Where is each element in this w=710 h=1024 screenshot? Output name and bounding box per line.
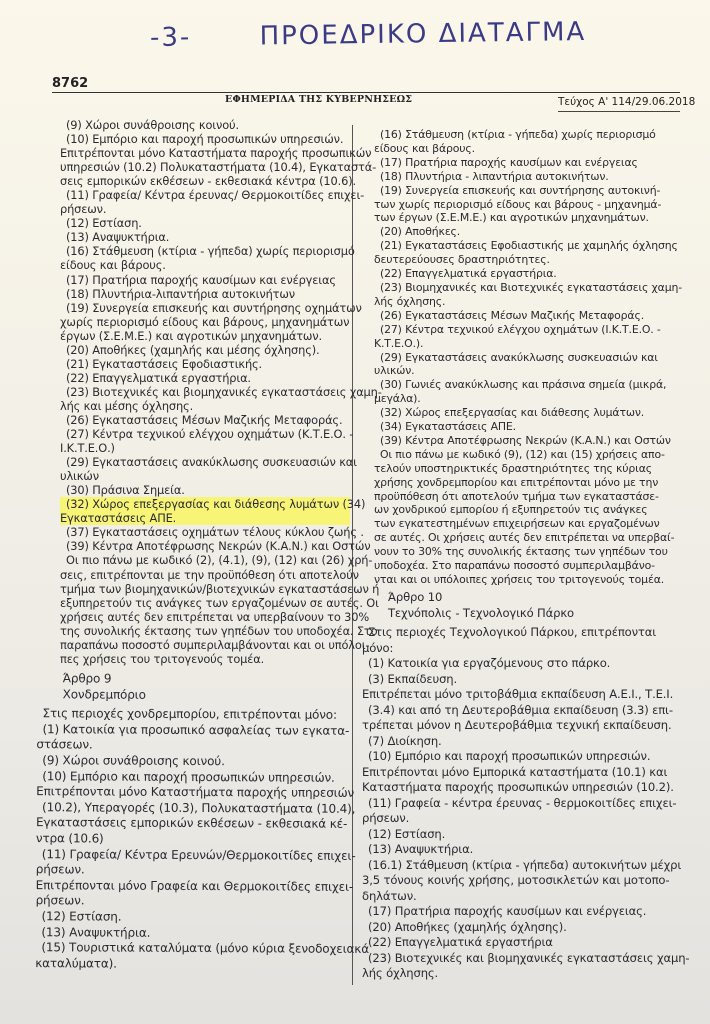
text-line: (11) Γραφεία/ Κέντρα Ερευνών/Θερμοκοιτίδ… [36, 847, 352, 864]
article-9-body: Στις περιοχές χονδρεμπορίου, επιτρέποντα… [35, 706, 352, 973]
text-line: έργων (Σ.Ε.Μ.Ε.) και αγροτικών μηχανημάτ… [60, 329, 350, 343]
text-line: υπηρεσιών (10.2) Πολυκαταστήματα (10.4),… [60, 160, 350, 174]
text-line: Οι πιο πάνω με κωδικό (2), (4.1), (9), (… [60, 553, 350, 567]
text-line: (30) Γωνιές ανακύκλωσης και πράσινα σημε… [374, 378, 684, 392]
text-line: (1) Κατοικία για προσωπικό ασφαλείας των… [36, 722, 352, 739]
text-line: υποδοχέα. Στο παραπάνω ποσοστό συμπεριλα… [374, 559, 684, 573]
text-line: Εγκαταστάσεις εμπορικών εκθέσεων - εκθεσ… [36, 816, 352, 833]
text-line: των εγκατεστημένων επιχειρήσεων και εργα… [374, 517, 684, 531]
text-line: μόνο: [362, 641, 692, 657]
text-line: σεις εμπορικών εκθέσεων - εκθεσιακά κέντ… [60, 174, 350, 188]
article-9-section: Άρθρο 9 Χονδρεμπόριο Στις περιοχές χονδρ… [35, 671, 353, 973]
text-line: Κ.Τ.Ε.Ο.). [374, 337, 684, 351]
text-line: Επιτρέπονται μόνο Εμπορικά καταστήματα (… [362, 765, 692, 781]
text-line: Ι.Κ.Τ.Ε.Ο.) [60, 441, 350, 455]
article-10-section: Άρθρο 10 Τεχνόπολις - Τεχνολογικό Πάρκο … [362, 590, 692, 982]
text-line: (20) Αποθήκες. [374, 225, 684, 239]
text-line: (13) Αναψυκτήρια. [362, 842, 692, 858]
text-line: λής όχλησης. [362, 966, 692, 982]
text-line: νουν το 30% της συνολικής έκτασης των γη… [374, 545, 684, 559]
left-after-highlight: (37) Εγκαταστάσεις οχημάτων τέλους κύκλο… [60, 525, 350, 665]
text-line: (17) Πρατήρια παροχής καυσίμων και ενέργ… [60, 273, 350, 287]
text-line: (3.4) και από τη Δευτεροβάθμια εκπαίδευσ… [362, 703, 692, 719]
text-line: (15) Τουριστικά καταλύματα (μόνο κύρια ξ… [35, 940, 351, 957]
text-line: ων χονδρικού εμπορίου ή εξυπηρετούν τις … [374, 503, 684, 517]
text-line: Επιτρέπονται μόνο Καταστήματα παροχής υπ… [36, 784, 352, 801]
text-line: (11) Γραφεία - κέντρα έρευνας - θερμοκοι… [362, 796, 692, 812]
text-line: (29) Εγκαταστάσεις ανακύκλωσης συσκευασι… [60, 455, 350, 469]
text-line: 3,5 τόνους κοινής χρήσης, μοτοσικλετών κ… [362, 873, 692, 889]
text-line: νται και οι υπόλοιπες χρήσεις του τριτογ… [374, 573, 684, 587]
text-line: Στις περιοχές χονδρεμπορίου, επιτρέποντα… [37, 706, 353, 723]
text-line: των χωρίς περιορισμό είδους και βάρους -… [374, 198, 684, 212]
page-number: 8762 [52, 76, 88, 91]
issue-underline [558, 111, 680, 112]
text-line: Καταστήματα παροχής προσωπικών υπηρεσιών… [362, 780, 692, 796]
text-line: ρήσεων. [36, 893, 352, 910]
text-line: (27) Κέντρα τεχνικού ελέγχου οχημάτων (Κ… [60, 427, 350, 441]
handwritten-page-number: -3- [150, 22, 192, 53]
gazette-title: ΕΦΗΜΕΡΙΔΑ ΤΗΣ ΚΥΒΕΡΝΗΣΕΩΣ [225, 94, 412, 105]
text-line: δευτερεύουσες δραστηριότητες. [374, 253, 684, 267]
text-line: (26) Εγκαταστάσεις Μέσων Μαζικής Μεταφορ… [60, 413, 350, 427]
text-line: προϋπόθεση ότι αποτελούν τμήμα των εγκατ… [374, 490, 684, 504]
text-line: παραπάνω ποσοστό συμπεριλαμβάνονται και … [60, 638, 350, 652]
text-line: Στις περιοχές Τεχνολογικού Πάρκου, επιτρ… [362, 625, 692, 641]
text-line: (3) Εκπαίδευση. [362, 672, 692, 688]
text-line: σεις, επιτρέπονται με την προϋπόθεση ότι… [60, 568, 350, 582]
text-line: (16) Στάθμευση (κτίρια - γήπεδα) χωρίς π… [374, 128, 684, 142]
text-line: (22) Επαγγελματικά εργαστήρια. [60, 371, 350, 385]
text-line: (23) Βιοτεχνικές και βιομηχανικές εγκατα… [60, 385, 350, 399]
text-line: χωρίς περιορισμό είδους και βάρους, μηχα… [60, 315, 350, 329]
right-column-upper: (16) Στάθμευση (κτίρια - γήπεδα) χωρίς π… [374, 128, 684, 587]
text-line: ρήσεων. [362, 811, 692, 827]
text-line: λής όχλησης. [374, 295, 684, 309]
text-line: μεγάλα). [374, 392, 684, 406]
text-line: (13) Αναψυκτήρια. [60, 230, 350, 244]
article-9-title: Χονδρεμπόριο [37, 687, 353, 704]
text-line: της συνολικής έκτασης των γηπέδων του υπ… [60, 624, 350, 638]
text-line: Εγκαταστάσεις ΑΠΕ. [60, 511, 350, 525]
left-column-upper: (9) Χώροι συνάθροισης κοινού.(10) Εμπόρι… [60, 118, 350, 666]
text-line: (39) Κέντρα Αποτέφρωσης Νεκρών (Κ.Α.Ν.) … [374, 434, 684, 448]
text-line: τρέπεται μόνον η Δευτεροβάθμια τεχνική ε… [362, 718, 692, 734]
article-10-title: Τεχνόπολις - Τεχνολογικό Πάρκο [362, 606, 692, 622]
text-line: (11) Γραφεία/ Κέντρα έρευνας/ Θερμοκοιτί… [60, 188, 350, 202]
text-line: (27) Κέντρα τεχνικού ελέγχου οχημάτων (Ι… [374, 323, 684, 337]
text-line: (32) Χώρος επεξεργασίας και διάθεσης λυμ… [374, 406, 684, 420]
text-line: δηλάτων. [362, 889, 692, 905]
text-line: Επιτρέπεται μόνο τριτοβάθμια εκπαίδευση … [362, 687, 692, 703]
text-line: χρήσεις αυτές δεν επιτρέπεται να υπερβαί… [60, 610, 350, 624]
text-line: λής και μέσης όχλησης. [60, 399, 350, 413]
header-rule [52, 92, 680, 93]
text-line: ρήσεων. [36, 862, 352, 879]
text-line: (22) Επαγγελματικά εργαστήρια. [374, 267, 684, 281]
text-line: (23) Βιοτεχνικές και βιομηχανικές εγκατα… [362, 951, 692, 967]
text-line: (10) Εμπόριο και παροχή προσωπικών υπηρε… [362, 749, 692, 765]
text-line: (26) Εγκαταστάσεις Μέσων Μαζικής Μεταφορ… [374, 309, 684, 323]
text-line: (19) Συνεργεία επισκευής και συντήρησης … [374, 184, 684, 198]
text-line: (20) Αποθήκες (χαμηλής όχλησης). [362, 920, 692, 936]
text-line: (18) Πλυντήρια-λιπαντήρια αυτοκινήτων [60, 287, 350, 301]
text-line: στάσεων. [36, 738, 352, 755]
text-line: σε αυτές. Οι χρήσεις αυτές δεν επιτρέπετ… [374, 531, 684, 545]
text-line: (10.2), Υπεραγορές (10.3), Πολυκαταστήμα… [36, 800, 352, 817]
text-line: (17) Πρατήρια παροχής καυσίμων και ενέργ… [374, 156, 684, 170]
text-line: (37) Εγκαταστάσεις οχημάτων τέλους κύκλο… [60, 525, 350, 539]
text-line: (19) Συνεργεία επισκευής και συντήρησης … [60, 301, 350, 315]
highlighted-passage: (32) Χώρος επεξεργασίας και διάθεσης λυμ… [60, 497, 350, 525]
text-line: ρήσεων. [60, 202, 350, 216]
text-line: (18) Πλυντήρια - λιπαντήρια αυτοκινήτων. [374, 170, 684, 184]
text-line: είδους και βάρους. [60, 258, 350, 272]
text-line: Οι πιο πάνω με κωδικό (9), (12) και (15)… [374, 448, 684, 462]
text-line: Επιτρέπονται μόνο Καταστήματα παροχής πρ… [60, 146, 350, 160]
text-line: εξυπηρετούν τις ανάγκες των εργαζομένων … [60, 596, 350, 610]
text-line: (10) Εμπόριο και παροχή προσωπικών υπηρε… [60, 132, 350, 146]
text-line: (12) Εστίαση. [362, 827, 692, 843]
text-line: καταλύματα). [35, 956, 351, 973]
text-line: (30) Πράσινα Σημεία. [60, 483, 350, 497]
text-line: υλικών [60, 469, 350, 483]
text-line: ντρα (10.6) [36, 831, 352, 848]
text-line: (29) Εγκαταστάσεις ανακύκλωσης συσκευασι… [374, 351, 684, 365]
text-line: τμήμα των βιομηχανικών/βιοτεχνικών εγκατ… [60, 582, 350, 596]
article-9-number: Άρθρο 9 [37, 671, 353, 688]
text-line: πες χρήσεις του τριτογενούς τομέα. [60, 652, 350, 666]
issue-reference: Τεύχος Α' 114/29.06.2018 [558, 96, 695, 108]
text-line: των έργων (Σ.Ε.Μ.Ε.) και αγροτικών μηχαν… [374, 211, 684, 225]
text-line: (32) Χώρος επεξεργασίας και διάθεσης λυμ… [60, 497, 350, 511]
text-line: (39) Κέντρα Αποτέφρωσης Νεκρών (Κ.Α.Ν.) … [60, 539, 350, 553]
text-line: (16.1) Στάθμευση (κτίρια - γήπεδα) αυτοκ… [362, 858, 692, 874]
text-line: είδους και βάρους. [374, 142, 684, 156]
text-line: (9) Χώροι συνάθροισης κοινού. [60, 118, 350, 132]
text-line: (9) Χώροι συνάθροισης κοινού. [36, 753, 352, 770]
text-line: (16) Στάθμευση (κτίρια - γήπεδα) χωρίς π… [60, 244, 350, 258]
handwritten-title: ΠΡΟΕΔΡΙΚΟ ΔΙΑΤΑΓΜΑ [259, 17, 586, 52]
text-line: τελούν υποστηρικτικές δραστηριότητες της… [374, 462, 684, 476]
text-line: (13) Αναψυκτήρια. [35, 925, 351, 942]
text-line: (12) Εστίαση. [35, 909, 351, 926]
article-10-number: Άρθρο 10 [362, 590, 692, 606]
left-upper-list: (9) Χώροι συνάθροισης κοινού.(10) Εμπόρι… [60, 118, 350, 497]
text-line: υλικών. [374, 364, 684, 378]
text-line: (12) Εστίαση. [60, 216, 350, 230]
text-line: (34) Εγκαταστάσεις ΑΠΕ. [374, 420, 684, 434]
text-line: (7) Διοίκηση. [362, 734, 692, 750]
text-line: (23) Βιομηχανικές και Βιοτεχνικές εγκατα… [374, 281, 684, 295]
text-line: χρήσης χονδρεμπορίου και επιτρέπονται μό… [374, 476, 684, 490]
text-line: (20) Αποθήκες (χαμηλής και μέσης όχλησης… [60, 343, 350, 357]
text-line: (10) Εμπόριο και παροχή προσωπικών υπηρε… [36, 769, 352, 786]
text-line: Επιτρέπονται μόνο Γραφεία και Θερμοκοιτί… [36, 878, 352, 895]
article-10-body: Στις περιοχές Τεχνολογικού Πάρκου, επιτρ… [362, 625, 692, 982]
text-line: (17) Πρατήρια παροχής καυσίμων και ενέργ… [362, 904, 692, 920]
text-line: (21) Εγκαταστάσεις Εφοδιαστικής. [60, 357, 350, 371]
text-line: (1) Κατοικία για εργαζόμενους στο πάρκο. [362, 656, 692, 672]
handwritten-annotation: -3- ΠΡΟΕΔΡΙΚΟ ΔΙΑΤΑΓΜΑ [150, 17, 587, 53]
text-line: (22) Επαγγελματικά εργαστήρια [362, 935, 692, 951]
right-upper-list: (16) Στάθμευση (κτίρια - γήπεδα) χωρίς π… [374, 128, 684, 587]
text-line: (21) Εγκαταστάσεις Εφοδιαστικής με χαμηλ… [374, 239, 684, 253]
